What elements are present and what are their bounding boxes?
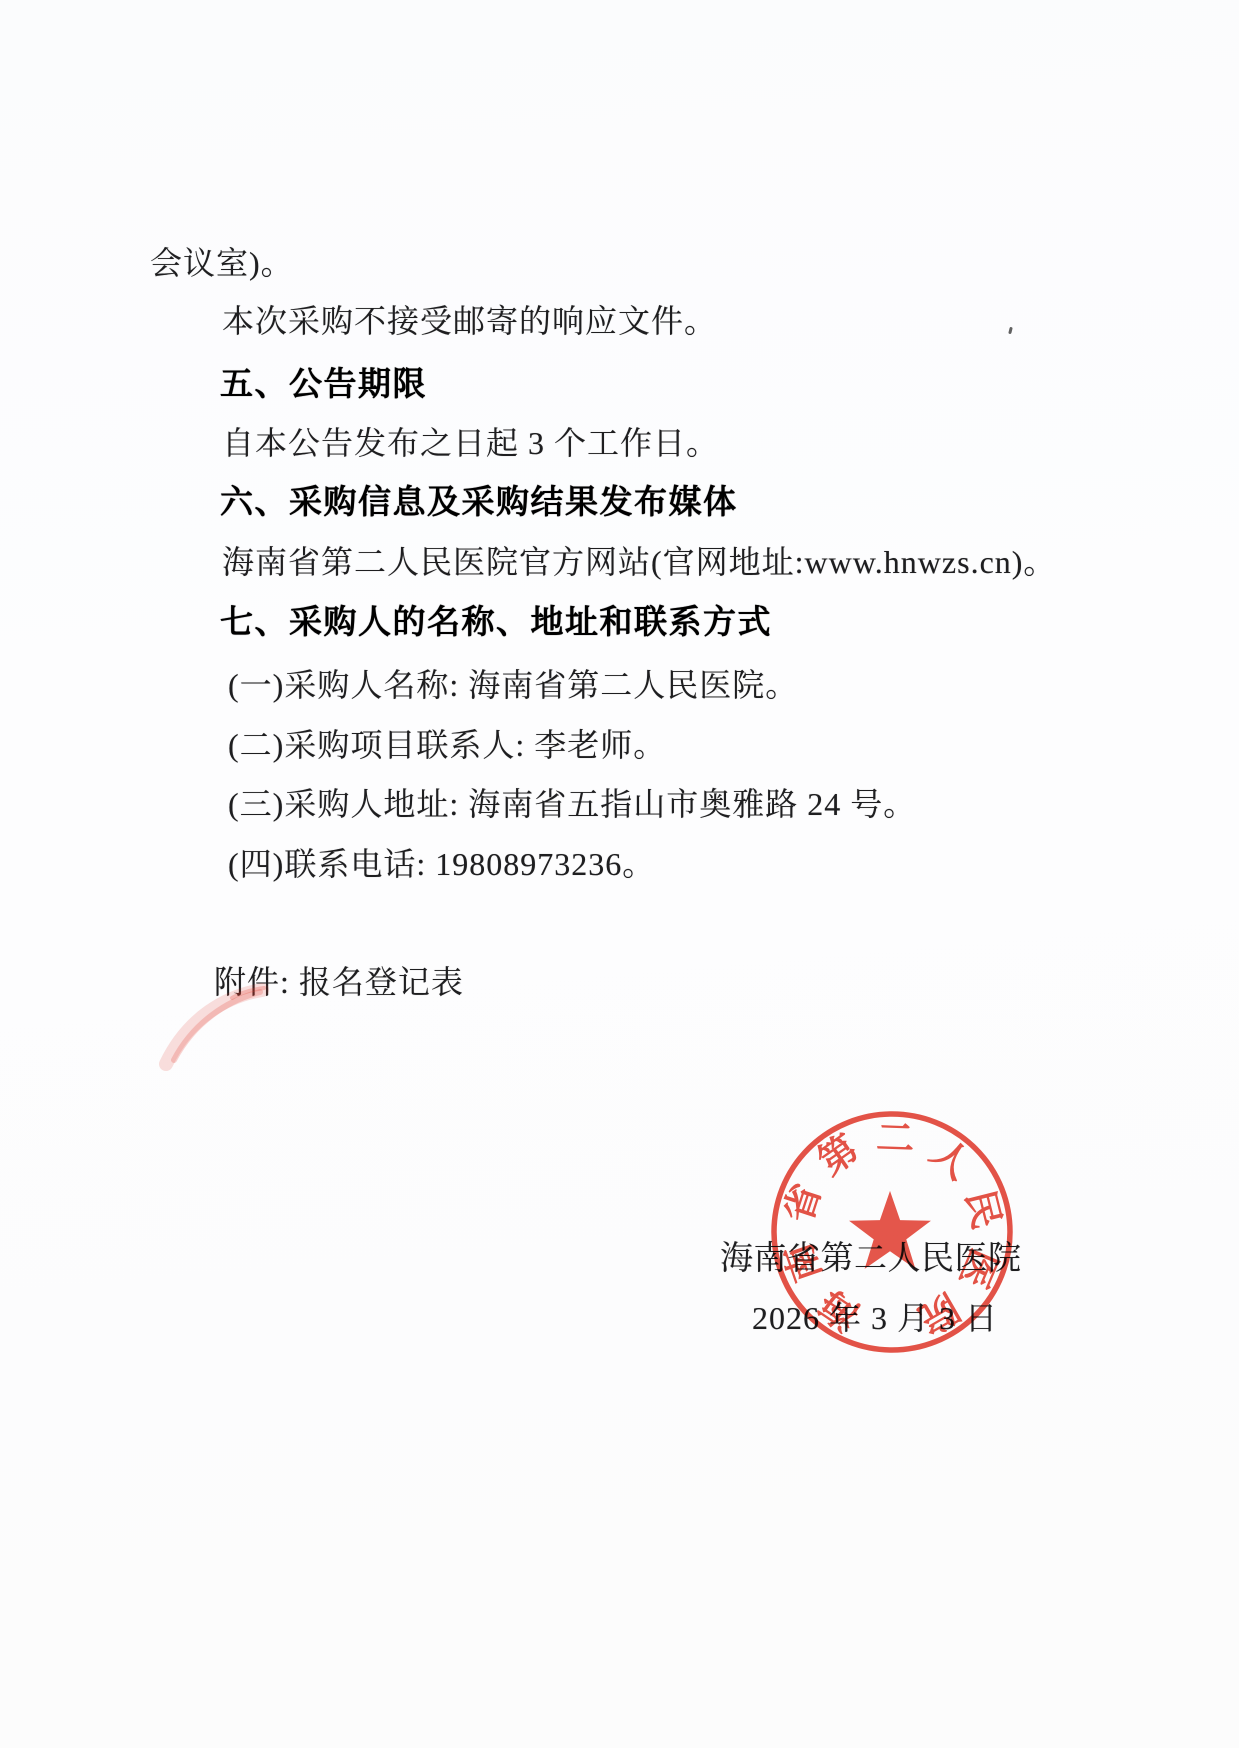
section-7-item-2: (二)采购项目联系人: 李老师。: [228, 720, 666, 766]
seal-ring-char: 二: [875, 1117, 914, 1160]
paragraph-continuation: 会议室)。: [150, 238, 294, 284]
section-7-heading: 七、采购人的名称、地址和联系方式: [220, 596, 772, 643]
section-5-heading: 五、公告期限: [220, 358, 427, 405]
section-7-item-1: (一)采购人名称: 海南省第二人民医院。: [228, 660, 798, 706]
scanned-document-page: 会议室)。 本次采购不接受邮寄的响应文件。 五、公告期限 自本公告发布之日起 3…: [0, 0, 1239, 1748]
paragraph-no-mail: 本次采购不接受邮寄的响应文件。: [222, 296, 717, 342]
section-6-body: 海南省第二人民医院官方网站(官网地址:www.hnwzs.cn)。: [222, 537, 1056, 583]
section-5-body: 自本公告发布之日起 3 个工作日。: [222, 418, 719, 464]
seal-ring-char: 民: [957, 1186, 1007, 1233]
ink-smudge: [140, 972, 300, 1082]
section-7-item-4: (四)联系电话: 19808973236。: [228, 839, 655, 885]
official-seal: 海南省第二人民医院: [742, 1081, 1042, 1381]
section-6-heading: 六、采购信息及采购结果发布媒体: [220, 476, 738, 523]
seal-star: [849, 1191, 931, 1269]
scan-speck: [1008, 327, 1013, 335]
section-7-item-3: (三)采购人地址: 海南省五指山市奥雅路 24 号。: [228, 779, 916, 825]
